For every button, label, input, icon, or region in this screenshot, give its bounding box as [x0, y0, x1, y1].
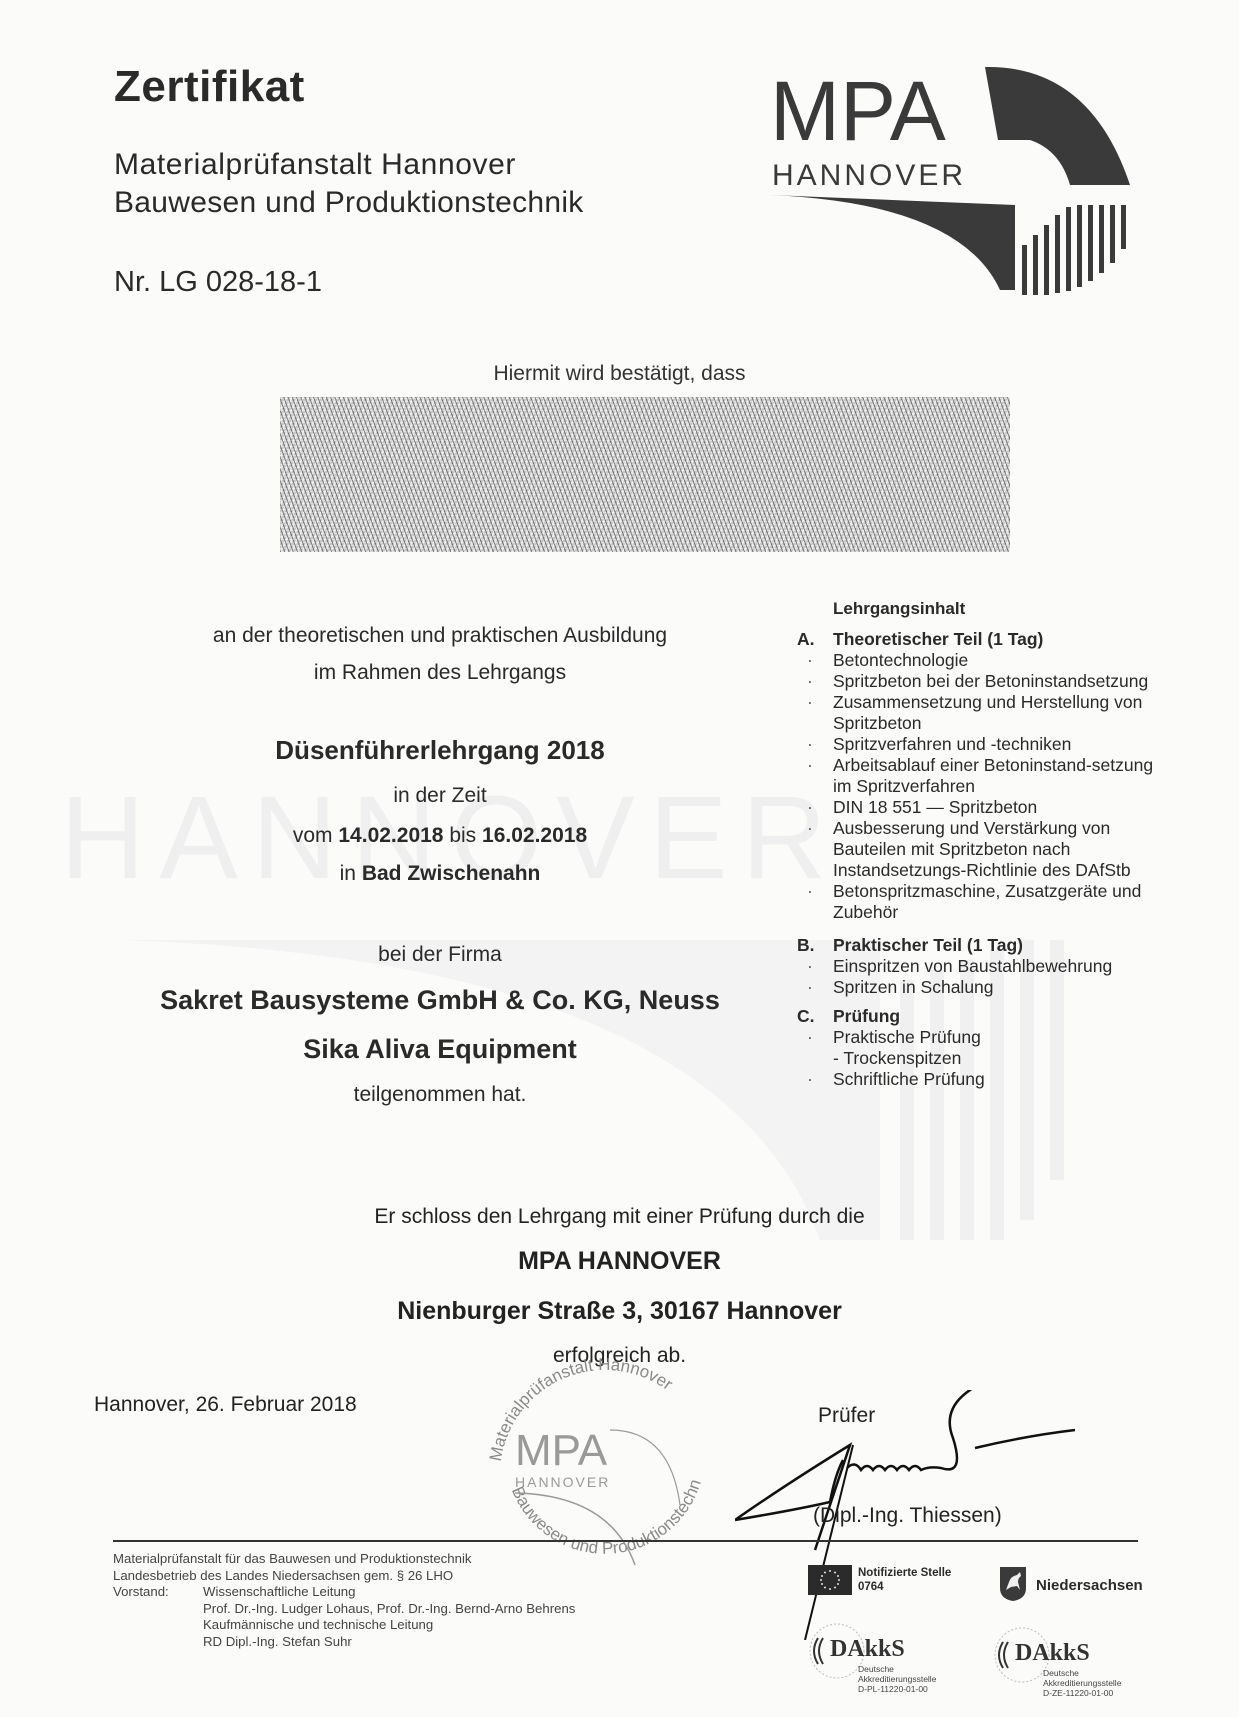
- content-item: Betonspritzmaschine, Zusatzgeräte und Zu…: [833, 881, 1175, 923]
- company-primary: Sakret Bausysteme GmbH & Co. KG, Neuss: [90, 985, 790, 1016]
- notified-body-label: Notifizierte Stelle: [858, 1566, 951, 1580]
- organization-address: Nienburger Straße 3, 30167 Hannover: [0, 1297, 1239, 1326]
- participation-text: teilgenommen hat.: [110, 1083, 770, 1107]
- eu-flag-icon: [808, 1565, 852, 1595]
- dakks-accreditation-ze: DAkkS Deutsche Akkreditierungsstelle D-Z…: [993, 1626, 1153, 1706]
- dakks-subtitle: Deutsche Akkreditierungsstelle D-ZE-1122…: [1043, 1668, 1121, 1698]
- section-practice: B. Praktischer Teil (1 Tag) Einspritzen …: [795, 935, 1175, 998]
- board-line: RD Dipl.-Ing. Stefan Suhr: [203, 1634, 575, 1651]
- content-item: Betontechnologie: [833, 650, 1175, 671]
- institute-department: Bauwesen und Produktionstechnik: [114, 186, 584, 220]
- content-item: Spritzen in Schalung: [833, 977, 1175, 998]
- dakks-code: D-ZE-11220-01-00: [1043, 1688, 1121, 1698]
- dakks-code: D-PL-11220-01-00: [858, 1684, 936, 1694]
- location-name: Bad Zwischenahn: [362, 862, 541, 885]
- notified-body: Notifizierte Stelle 0764: [858, 1566, 951, 1594]
- course-dates: vom 14.02.2018 bis 16.02.2018: [110, 824, 770, 848]
- dakks-sub1: Deutsche: [858, 1664, 936, 1674]
- section-title: Praktischer Teil (1 Tag): [833, 935, 1175, 956]
- certificate-title: Zertifikat: [114, 62, 305, 112]
- section-title: Theoretischer Teil (1 Tag): [833, 629, 1175, 650]
- content-subitem: - Trockenspitzen: [833, 1048, 1175, 1069]
- section-title: Prüfung: [833, 1006, 1175, 1027]
- footer-line: Materialprüfanstalt für das Bauwesen und…: [113, 1551, 575, 1568]
- section-exam: C. Prüfung Praktische Prüfung - Trockens…: [795, 1006, 1175, 1090]
- content-item: Spritzverfahren und -techniken: [833, 734, 1175, 755]
- dakks-sub1: Deutsche: [1043, 1668, 1121, 1678]
- end-date: 16.02.2018: [482, 824, 587, 847]
- redacted-recipient: [280, 397, 1010, 552]
- start-date: 14.02.2018: [338, 824, 443, 847]
- svg-text:MPA: MPA: [515, 1426, 608, 1475]
- location-prefix: in: [340, 862, 356, 885]
- course-location: in Bad Zwischenahn: [110, 862, 770, 886]
- institute-name: Materialprüfanstalt Hannover: [114, 148, 516, 182]
- dakks-name: DAkkS: [830, 1636, 905, 1663]
- state-name: Niedersachsen: [1036, 1577, 1143, 1594]
- section-letter: C.: [797, 1006, 815, 1027]
- board-line: Wissenschaftliche Leitung: [203, 1584, 575, 1601]
- section-letter: B.: [797, 935, 815, 956]
- course-name: Düsenführerlehrgang 2018: [110, 735, 770, 766]
- content-item: DIN 18 551 — Spritzbeton: [833, 797, 1175, 818]
- course-frame-text: im Rahmen des Lehrgangs: [110, 661, 770, 685]
- svg-text:MPA: MPA: [770, 64, 946, 158]
- svg-text:HANNOVER: HANNOVER: [772, 159, 966, 192]
- svg-text:HANNOVER: HANNOVER: [515, 1474, 610, 1490]
- exam-statement: Er schloss den Lehrgang mit einer Prüfun…: [0, 1205, 1239, 1229]
- company-label: bei der Firma: [110, 943, 770, 967]
- content-item: Praktische Prüfung: [833, 1027, 1175, 1048]
- board-label: Vorstand:: [113, 1584, 203, 1650]
- dakks-subtitle: Deutsche Akkreditierungsstelle D-PL-1122…: [858, 1664, 936, 1694]
- certificate-number: Nr. LG 028-18-1: [114, 266, 322, 299]
- place-and-date: Hannover, 26. Februar 2018: [94, 1393, 357, 1417]
- niedersachsen-horse-icon: [999, 1566, 1027, 1602]
- to-prefix: bis: [449, 824, 476, 847]
- board-line: Kaufmännische und technische Leitung: [203, 1617, 575, 1634]
- content-item: Spritzbeton bei der Betoninstandsetzung: [833, 671, 1175, 692]
- content-item: Einspritzen von Baustahlbewehrung: [833, 956, 1175, 977]
- exam-organization: MPA HANNOVER: [0, 1247, 1239, 1276]
- dakks-sub2: Akkreditierungsstelle: [1043, 1678, 1121, 1688]
- confirmation-intro: Hiermit wird bestätigt, dass: [0, 362, 1239, 386]
- examiner-name: (Dipl.-Ing. Thiessen): [813, 1504, 1002, 1528]
- notified-body-number: 0764: [858, 1580, 951, 1594]
- section-theory: A. Theoretischer Teil (1 Tag) Betontechn…: [795, 629, 1175, 923]
- content-item: Arbeitsablauf einer Betoninstand-setzung…: [833, 755, 1175, 797]
- mpa-hannover-logo: MPA HANNOVER: [760, 45, 1160, 305]
- course-content: Lehrgangsinhalt A. Theoretischer Teil (1…: [795, 598, 1175, 1098]
- dakks-sub2: Akkreditierungsstelle: [858, 1674, 936, 1684]
- content-item: Schriftliche Prüfung: [833, 1069, 1175, 1090]
- period-label: in der Zeit: [110, 784, 770, 808]
- from-prefix: vom: [293, 824, 333, 847]
- dakks-name: DAkkS: [1015, 1640, 1090, 1667]
- training-description: an der theoretischen und praktischen Aus…: [110, 624, 770, 648]
- board-line: Prof. Dr.-Ing. Ludger Lohaus, Prof. Dr.-…: [203, 1601, 575, 1618]
- footer-line: Landesbetrieb des Landes Niedersachsen g…: [113, 1568, 575, 1585]
- dakks-accreditation-pl: DAkkS Deutsche Akkreditierungsstelle D-P…: [808, 1622, 968, 1702]
- content-item: Ausbesserung und Verstärkung von Bauteil…: [833, 818, 1175, 881]
- content-item: Zusammensetzung und Herstellung von Spri…: [833, 692, 1175, 734]
- footer-legal: Materialprüfanstalt für das Bauwesen und…: [113, 1551, 575, 1650]
- course-content-heading: Lehrgangsinhalt: [833, 598, 1175, 619]
- section-letter: A.: [797, 629, 815, 650]
- footer-divider: [113, 1540, 1138, 1542]
- company-secondary: Sika Aliva Equipment: [110, 1034, 770, 1065]
